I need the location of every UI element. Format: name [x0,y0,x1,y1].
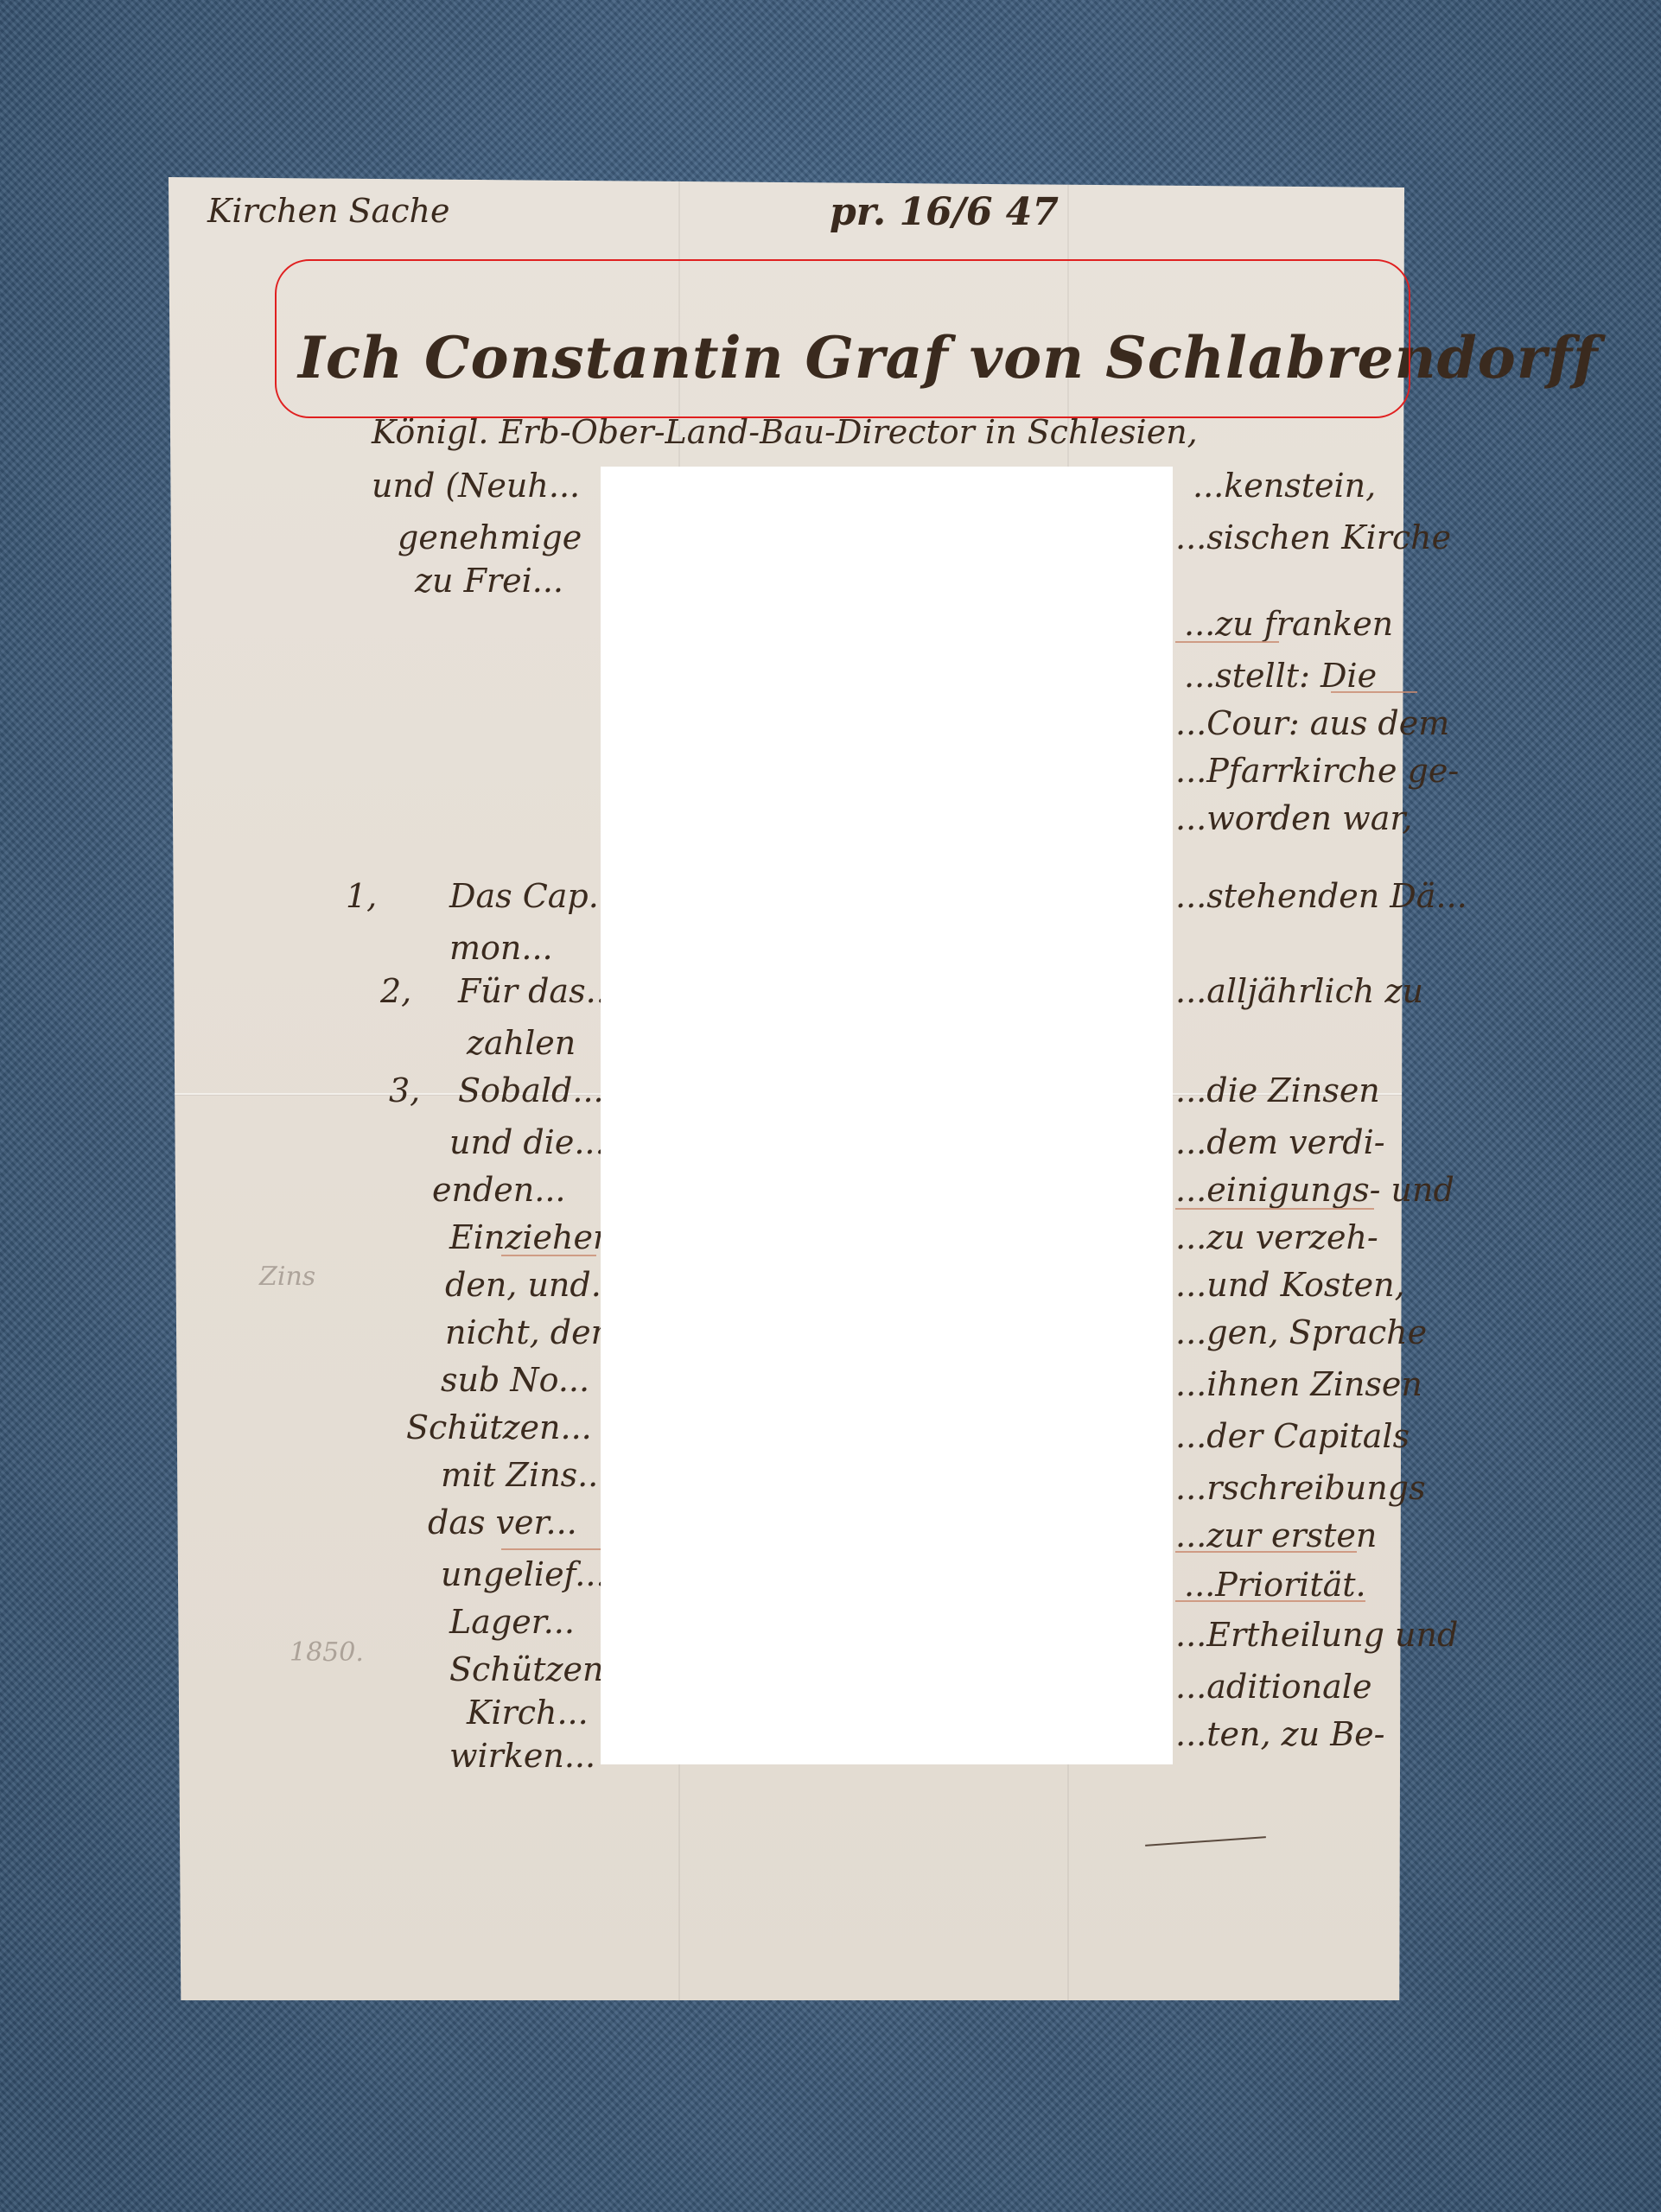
continuation-line: das ver... [428,1503,577,1541]
margin-note: 1850. [290,1637,364,1668]
continuation-line: ...gen, Sprache [1175,1313,1427,1351]
continuation-line: ...aditionale [1175,1668,1371,1706]
continuation-line: Schützen... [406,1408,592,1446]
item-3-number: 3, [389,1071,420,1109]
continuation-line: Kirch... [467,1694,589,1732]
continuation-line: ...der Capitals [1175,1417,1410,1455]
item-1-left: Das Cap... [449,877,620,915]
item-3-right: ...die Zinsen [1175,1071,1380,1109]
continuation-line: den, und... [445,1266,622,1304]
annotation-highlight-box [275,259,1410,418]
top-left-note: Kirchen Sache [207,192,449,230]
red-underline [501,1255,596,1256]
continuation-line: ...Ertheilung und [1175,1616,1458,1654]
red-underline [1175,1551,1357,1553]
line-5-left: zu Frei... [415,562,563,600]
continuation-line: und die... [449,1123,606,1161]
line-7-right: ...stellt: Die [1184,657,1377,695]
margin-note: Zins [259,1262,315,1292]
item-3-left: Sobald... [458,1071,604,1109]
item-1-right: ...stehenden Dä... [1175,877,1467,915]
item-2-right: ...alljährlich zu [1175,972,1423,1010]
line-6-right: ...zu franken [1184,605,1393,643]
item-2-left: Für das... [458,972,617,1010]
title-line: Königl. Erb-Ober-Land-Bau-Director in Sc… [372,413,1198,451]
continuation-line: ungelief... [441,1555,607,1593]
reference-number: pr. 16/6 47 [830,190,1059,234]
continuation-line: Lager... [449,1603,575,1641]
continuation-line: ...zu verzeh- [1175,1218,1378,1256]
continuation-line: mon... [449,929,553,967]
continuation-line: ...und Kosten, [1175,1266,1405,1304]
continuation-line: wirken... [449,1737,595,1775]
continuation-line: sub No... [441,1361,589,1399]
continuation-line: mit Zins... [441,1456,608,1494]
continuation-line: ...dem verdi- [1175,1123,1385,1161]
line-3-right: ...kenstein, [1193,467,1376,505]
item-2-number: 2, [380,972,411,1010]
red-underline [501,1548,605,1550]
redaction-block [601,467,1173,1764]
continuation-line: ...ihnen Zinsen [1175,1365,1422,1403]
continuation-line: zahlen [467,1024,576,1062]
continuation-line: ...einigungs- und [1175,1171,1454,1209]
line-4-right: ...sischen Kirche [1175,518,1451,556]
red-underline [1175,641,1279,643]
red-underline [1331,691,1417,693]
continuation-line: ...zur ersten [1175,1516,1377,1554]
line-8-right: ...Cour: aus dem [1175,704,1449,742]
red-underline [1175,1208,1374,1210]
line-3-left: und (Neuh... [372,467,580,505]
line-10-right: ...worden war, [1175,799,1412,837]
red-underline [1175,1600,1365,1602]
line-4-left: genehmige [398,518,582,556]
continuation-line: enden... [432,1171,566,1209]
continuation-line: ...ten, zu Be- [1175,1715,1384,1753]
item-1-number: 1, [346,877,377,915]
line-9-right: ...Pfarrkirche ge- [1175,752,1459,790]
continuation-line: ...rschreibungs [1175,1469,1426,1507]
continuation-line: ...Priorität. [1184,1566,1366,1604]
